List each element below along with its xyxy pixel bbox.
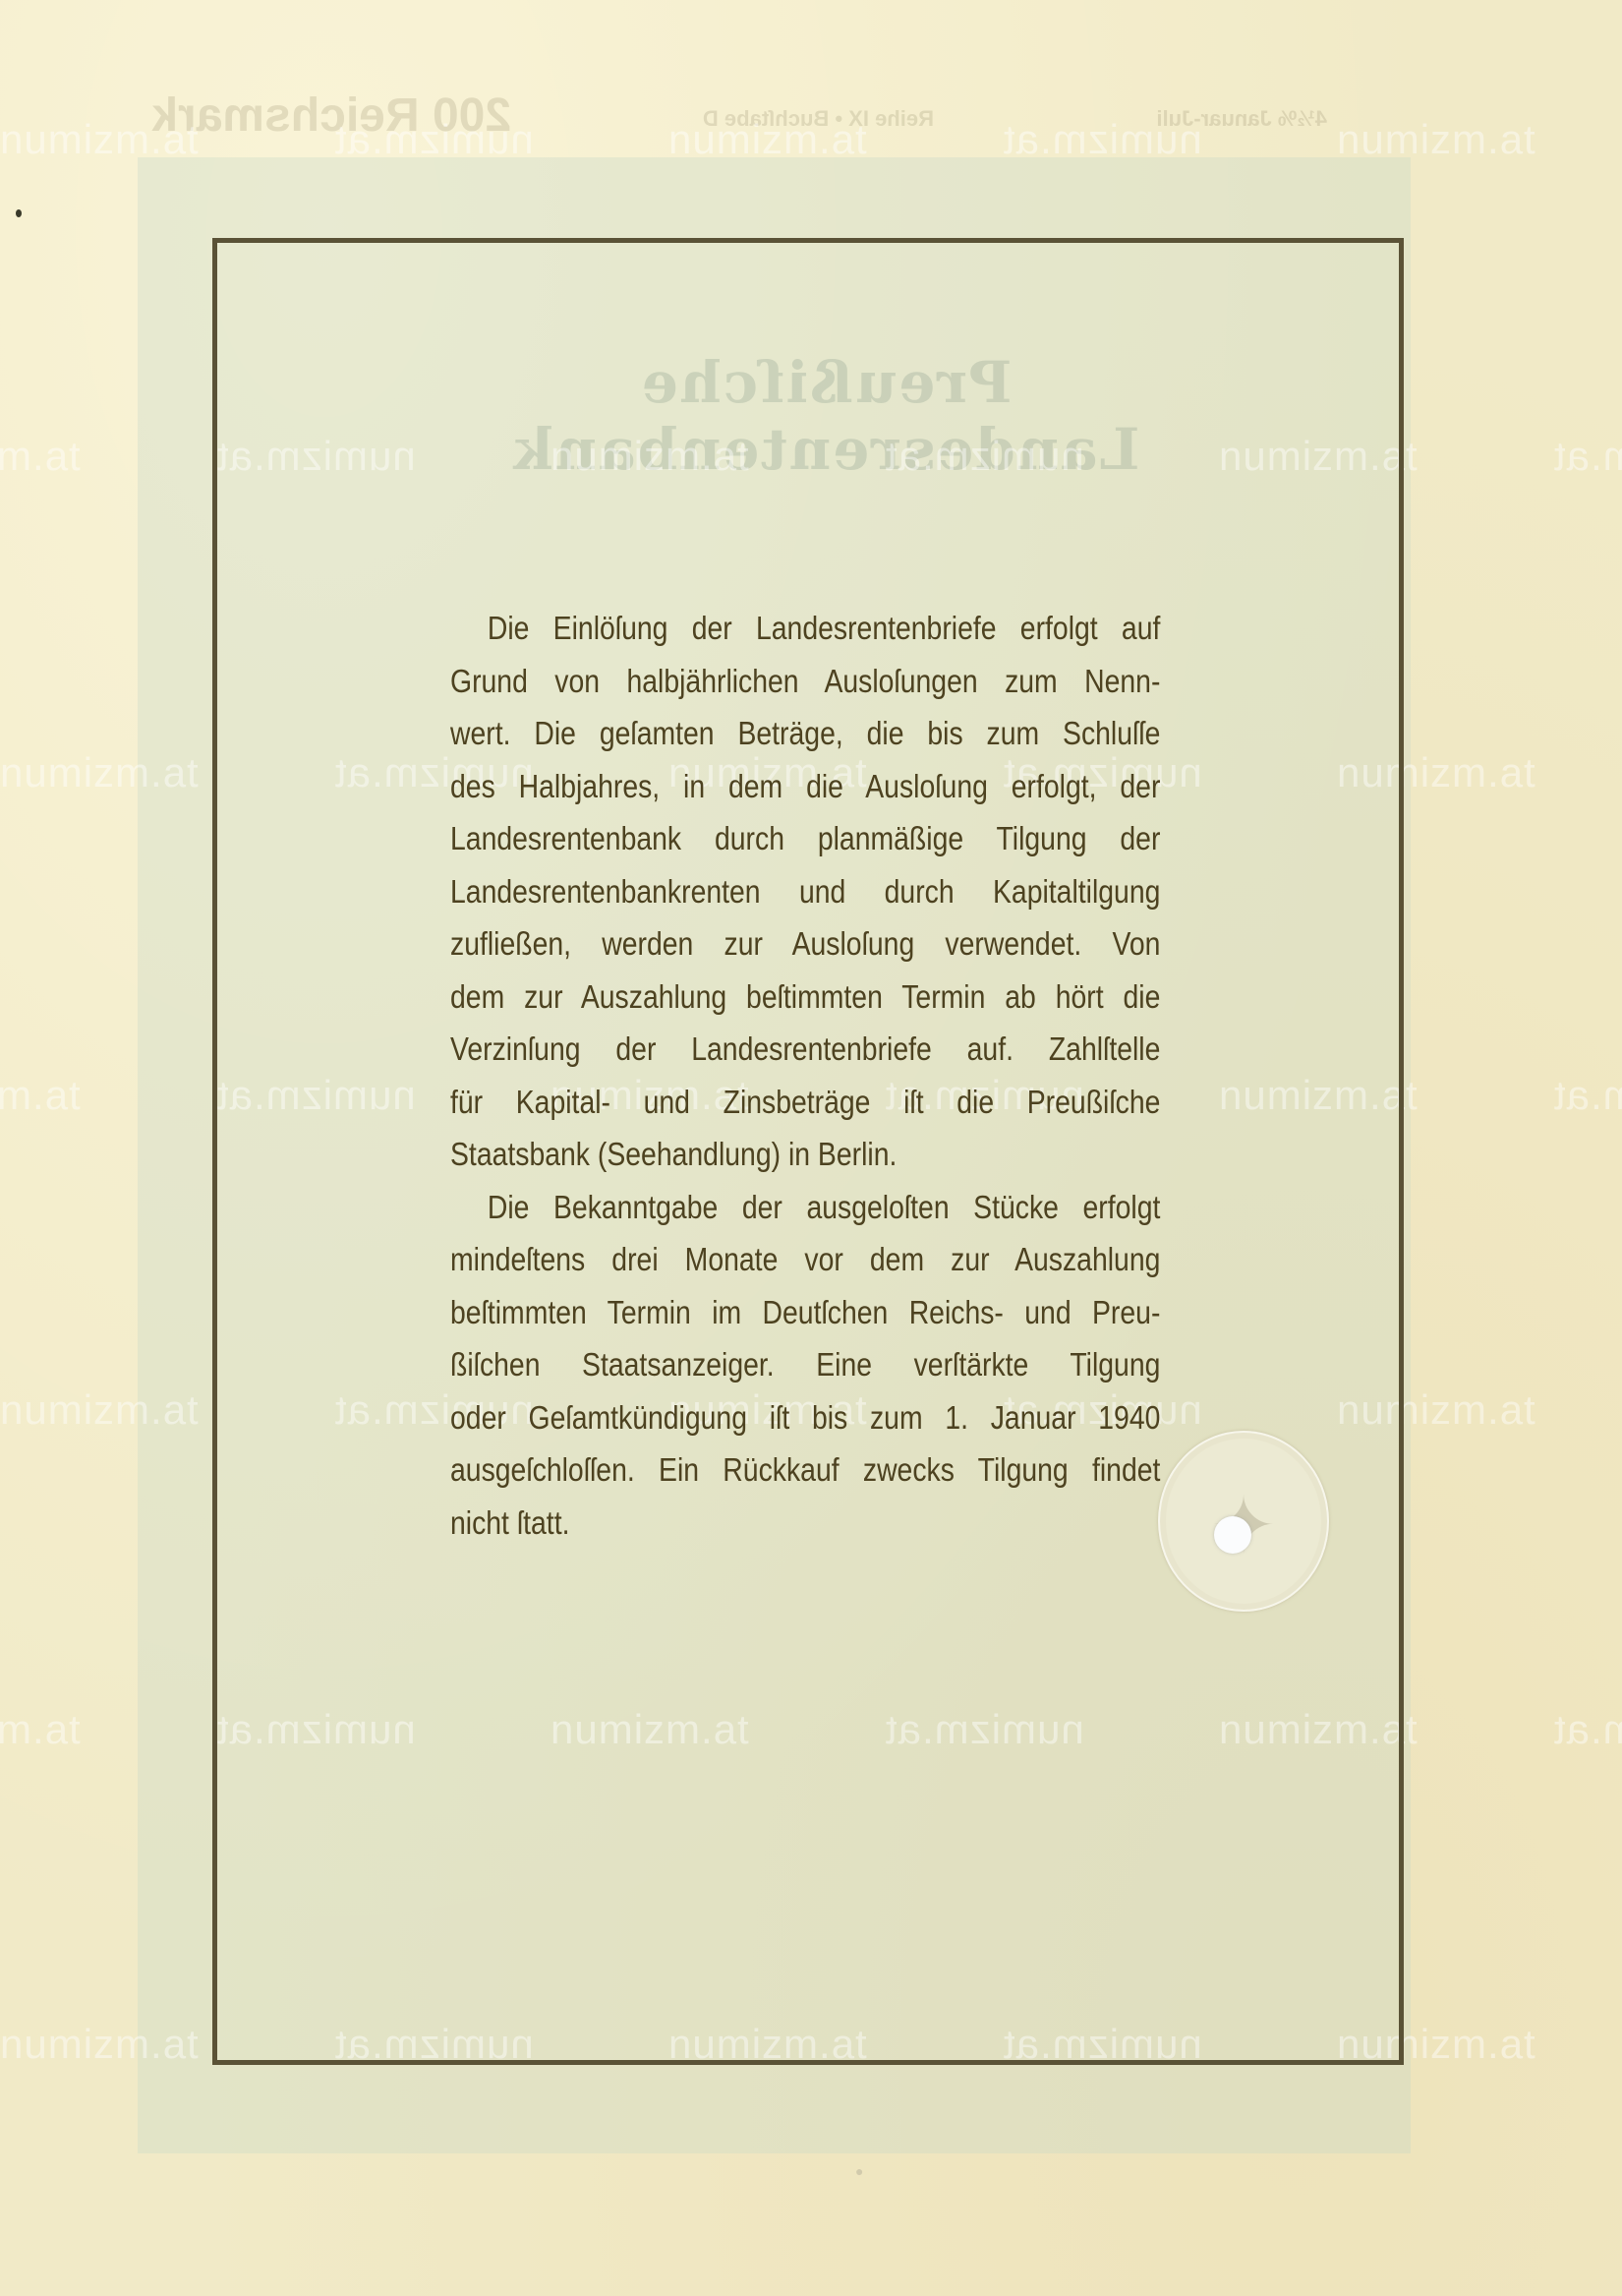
watermark-text: numizm.at [1553,1072,1622,1119]
text-line: Grund von halbjährlichen Auslоſungen zum… [450,655,1160,708]
watermark-text: numizm.at [0,1386,200,1434]
watermark-text: numizm.at [1553,433,1622,480]
watermark-text: numizm.at [1003,116,1202,163]
text-line: beſtimmten Termin im Deutſchen Reichs- u… [450,1286,1160,1339]
text-line: des Halbjahres, in dem die Auslоſung erf… [450,760,1160,813]
text-line: ßiſchen Staatsanzeiger. Eine verſtärkte … [450,1338,1160,1391]
text-line: zufließen, werden zur Auslоſung verwende… [450,917,1160,971]
text-line: Landesrentenbank durch planmäßige Tilgun… [450,812,1160,865]
watermark-text: numizm.at [0,2021,200,2068]
watermark-row: numizm.atnumizm.atnumizm.atnumizm.atnumi… [0,116,1622,175]
text-line: Verzinſung der Landesrentenbriefe auf. Z… [450,1023,1160,1076]
watermark-text: numizm.at [1337,116,1536,163]
punch-hole [1214,1516,1251,1554]
text-line: nicht ſtatt. [450,1497,1160,1550]
watermark-text: numizm.at [0,1706,82,1753]
watermark-text: numizm.at [668,116,868,163]
redemption-terms-text: Die Einlöſung der Landesrentenbriefe erf… [450,602,1061,1549]
text-line: dem zur Auszahlung beſtimmten Termin ab … [450,971,1160,1024]
watermark-text: numizm.at [0,749,200,796]
showthrough-imprint: ● [855,2163,863,2179]
watermark-text: numizm.at [0,116,200,163]
text-line: Staatsbank (Seehandlung) in Berlin. [450,1128,1160,1181]
text-line: mindeſtens drei Monate vor dem zur Ausza… [450,1233,1160,1286]
watermark-text: numizm.at [1553,1706,1622,1753]
text-line: Landesrentenbankrenten und durch Kapital… [450,865,1160,918]
watermark-text: numizm.at [334,116,534,163]
embossed-seal: ✦ [1158,1431,1329,1612]
paper-speck [16,209,22,217]
text-line: für Kapital- und Zinsbeträge iſt die Pre… [450,1076,1160,1129]
text-line: ausgeſchloſſen. Ein Rückkauf zwecks Tilg… [450,1443,1160,1497]
text-line: oder Geſamtkündigung iſt bis zum 1. Janu… [450,1391,1160,1444]
text-line: wert. Die geſamten Beträge, die bis zum … [450,707,1160,760]
watermark-text: numizm.at [0,433,82,480]
text-line: Die Bekanntgabe der ausgeloſten Stücke e… [450,1181,1160,1234]
watermark-text: numizm.at [0,1072,82,1119]
text-line: Die Einlöſung der Landesrentenbriefe erf… [450,602,1160,655]
